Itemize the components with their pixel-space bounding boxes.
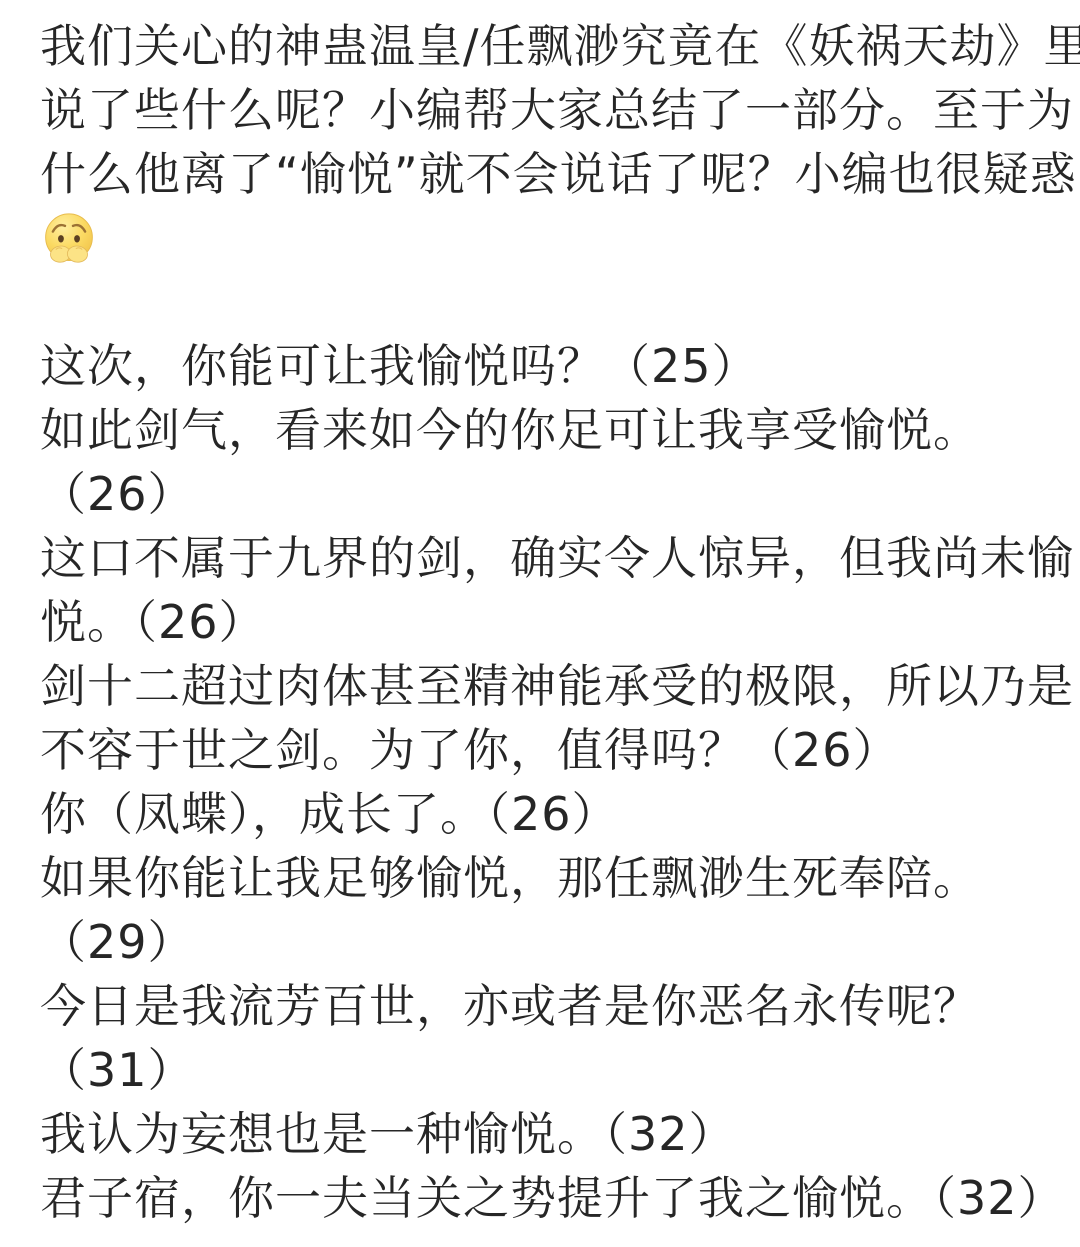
quote-text-line: （31） — [40, 1038, 1042, 1102]
quote-text-line: 今日是我流芳百世，亦或者是你恶名永传呢？ — [40, 974, 1042, 1038]
quote-text-line: 悦。（26） — [40, 590, 1042, 654]
quote-text-line: 我认为妄想也是一种愉悦。（32） — [40, 1102, 1042, 1166]
quote-text-line: 不容于世之剑。为了你，值得吗？（26） — [40, 718, 1042, 782]
quotes-block: 这次，你能可让我愉悦吗？（25） 如此剑气，看来如今的你足可让我享受愉悦。 （2… — [40, 334, 1042, 1230]
article-body: 我们关心的神蛊温皇/任飘渺究竟在《妖祸天劫》里 说了些什么呢？小编帮大家总结了一… — [0, 0, 1080, 1230]
intro-paragraph: 我们关心的神蛊温皇/任飘渺究竟在《妖祸天劫》里 说了些什么呢？小编帮大家总结了一… — [40, 14, 1042, 206]
quote-text-line: 如此剑气，看来如今的你足可让我享受愉悦。 — [40, 398, 1042, 462]
quote-text-line: 你（凤蝶），成长了。（26） — [40, 782, 1042, 846]
quote-text-line: 这次，你能可让我愉悦吗？（25） — [40, 334, 1042, 398]
quote-text-line: （29） — [40, 910, 1042, 974]
intro-text-line: 我们关心的神蛊温皇/任飘渺究竟在《妖祸天劫》里 — [40, 14, 1042, 78]
article-page: 我们关心的神蛊温皇/任飘渺究竟在《妖祸天劫》里 说了些什么呢？小编帮大家总结了一… — [0, 0, 1080, 1247]
intro-text-line: 什么他离了“愉悦”就不会说话了呢？小编也很疑惑 — [40, 142, 1042, 206]
quote-text-line: 剑十二超过肉体甚至精神能承受的极限，所以乃是 — [40, 654, 1042, 718]
quote-text-line: 如果你能让我足够愉悦，那任飘渺生死奉陪。 — [40, 846, 1042, 910]
intro-text-line: 说了些什么呢？小编帮大家总结了一部分。至于为 — [40, 78, 1042, 142]
pleading-face-emoji — [40, 209, 98, 267]
quote-text-line: 这口不属于九界的剑，确实令人惊异，但我尚未愉 — [40, 526, 1042, 590]
emoji-line — [40, 206, 1042, 270]
quote-text-line: 君子宿，你一夫当关之势提升了我之愉悦。（32） — [40, 1166, 1042, 1230]
quote-text-line: （26） — [40, 462, 1042, 526]
